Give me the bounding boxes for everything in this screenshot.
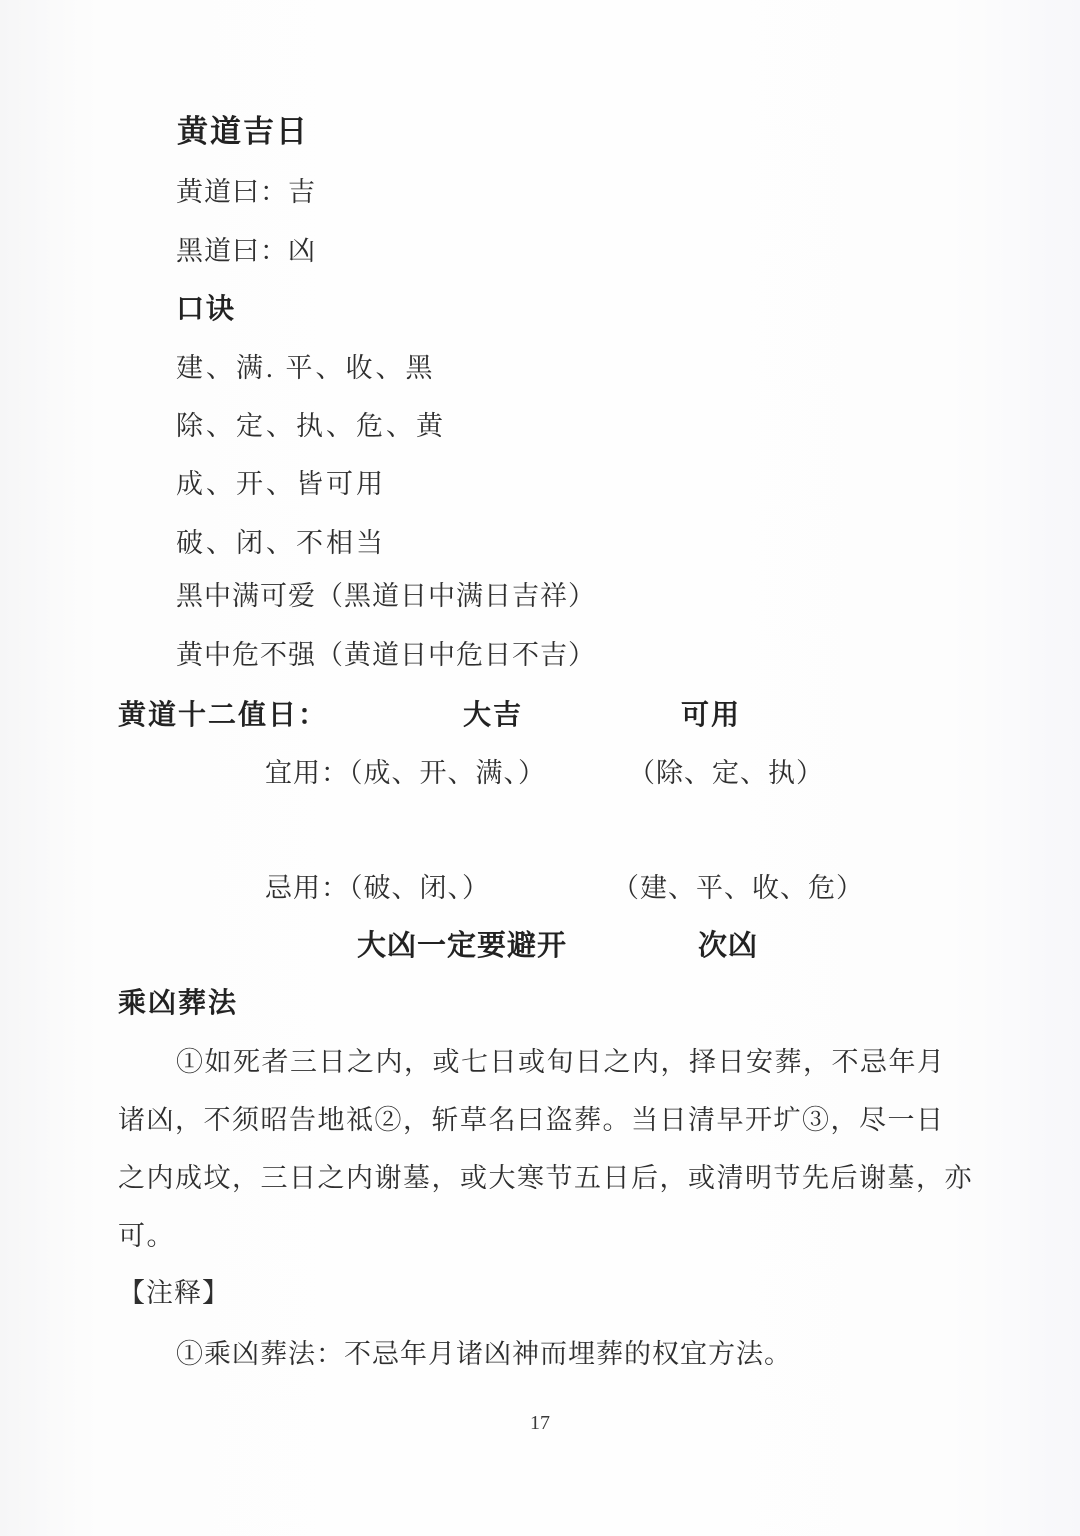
cixiong-header: 次凶 [698,923,758,964]
chengxiong-heading: 乘凶葬法 [118,981,238,1021]
daji-header: 大吉 [463,693,523,733]
paragraph-line: 诸凶，不须昭告地祗②，斩草名曰盗葬。当日清早开圹③，尽一日 [118,1098,945,1137]
note-line: ①乘凶葬法：不忌年月诸凶神而埋葬的权宜方法。 [176,1332,792,1371]
paragraph-line: 之内成坟，三日之内谢墓，或大寒节五日后，或清明节先后谢墓，亦 [118,1156,973,1195]
zhushi-heading: 【注释】 [118,1271,230,1310]
daxiong-header: 大凶一定要避开 [357,923,567,964]
doc-title: 黄道吉日 [177,106,309,151]
page-number: 17 [0,1412,1080,1435]
yiyong-keyong-group: （除、定、执） [628,751,824,790]
koujue-line: 破、闭、不相当 [176,521,386,560]
document-page: 黄道吉日 黄道曰：吉 黑道曰：凶 口诀 建、满. 平、收、黑 除、定、执、危、黄… [0,0,1080,1536]
koujue-heading: 口诀 [176,287,236,327]
paragraph-line: ①如死者三日之内，或七日或旬日之内，择日安葬，不忌年月 [176,1040,946,1079]
koujue-line: 黑中满可爱（黑道日中满日吉祥） [176,574,596,613]
zhiri-label: 黄道十二值日： [118,693,328,733]
jiyong-line: 忌用：（破、闭、） [265,866,490,905]
koujue-line: 建、满. 平、收、黑 [176,346,436,385]
keyong-header: 可用 [681,693,741,733]
koujue-line: 黄中危不强（黄道日中危日不吉） [176,633,596,672]
koujue-line: 成、开、皆可用 [176,462,386,501]
line-heidao-xiong: 黑道曰：凶 [176,229,316,268]
yiyong-line: 宜用：（成、开、满、） [265,751,546,790]
jiyong-keyong-group: （建、平、收、危） [612,866,864,905]
line-huangdao-ji: 黄道曰：吉 [176,170,316,209]
paragraph-line: 可。 [118,1214,175,1253]
koujue-line: 除、定、执、危、黄 [176,404,446,443]
